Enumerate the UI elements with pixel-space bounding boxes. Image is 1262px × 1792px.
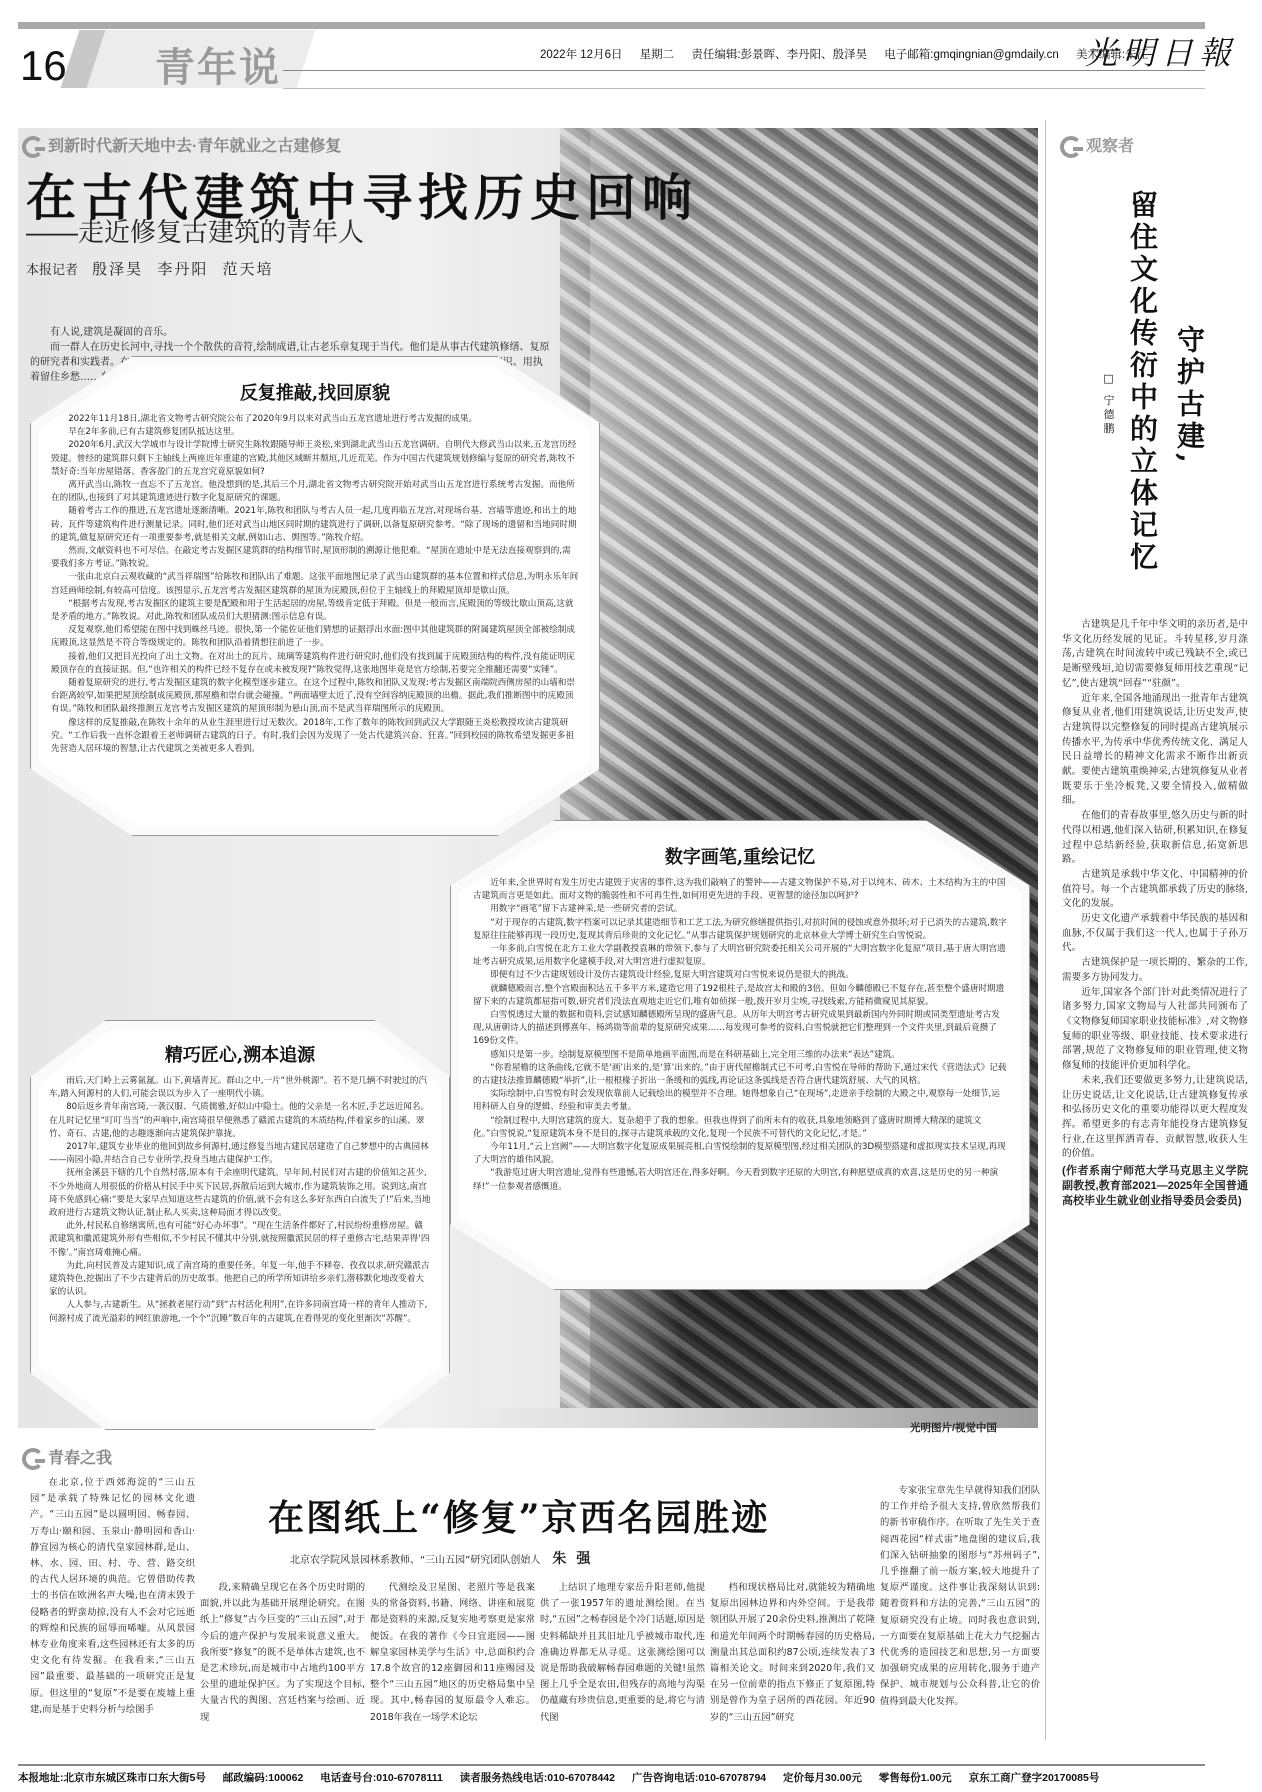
section-body: 近年来,全世界时有发生历史古建毁于灾害的事件,这为我们敲响了的警钟——古建文物保… <box>473 877 1007 1194</box>
footer: 本报地址:北京市东城区珠市口东大街5号 邮政编码:100062 电话查号台:01… <box>18 1770 1113 1785</box>
paragraph: 80后返乡青年南宫琦,一袭汉服、气质儒雅,好似山中隐士。他的父亲是一名木匠,手艺… <box>49 1101 431 1141</box>
paragraph: 档和现状格局比对,就能较为精确地复原出园林边界和内外空间。于是我带领团队开展了2… <box>710 1580 875 1726</box>
footer-phone: 电话查号台:010-67078111 <box>320 1772 443 1784</box>
paragraph: 感知只是第一步。绘制复原模型图不是简单地画平面图,而是在科研基础上,完全用三维的… <box>473 1049 1007 1062</box>
paragraph: “绘制过程中,大明宫建筑的庞大、复杂超乎了我的想象。但我也得到了前所未有的收获,… <box>473 1115 1007 1141</box>
lead-paragraph: 有人说,建筑是凝固的音乐。 <box>30 325 550 340</box>
paragraph: 近年,国家各个部门针对此类情况进行了诸多努力,国家文物局与人社部共同颁布了《文物… <box>1062 986 1248 1074</box>
paragraph: 近年来,全世界时有发生历史古建毁于灾害的事件,这为我们敲响了的警钟——古建文物保… <box>473 877 1007 903</box>
paragraph: 此外,村民私自修缮寓所,也有可能“好心办坏事”。“现在生活条件都好了,村民纷纷重… <box>49 1220 431 1260</box>
email[interactable]: 电子邮箱:gmqingnian@gmdaily.cn <box>884 49 1058 61</box>
masthead-top-bar <box>18 22 1205 29</box>
footer-address: 本报地址:北京市东城区珠市口东大街5号 <box>18 1772 206 1784</box>
masthead-bottom-rule <box>283 88 1205 89</box>
photo-credit: 光明图片/视觉中国 <box>910 1420 997 1435</box>
youth-column-2: 段,来精确呈现它在各个历史时期的面貌,并以此为基础开展理论研究。在图纸上“修复”… <box>200 1580 365 1760</box>
paragraph: 在北京,位于西郊海淀的“三山五园”是承载了特殊记忆的园林文化遗产。“三山五园”是… <box>30 1475 195 1718</box>
editors: 责任编辑:彭景晖、李丹阳、殷泽昊 <box>691 49 867 61</box>
paragraph: 实际绘制中,白雪悦有时会发现依靠前人记载绘出的模型并不合理。她得想象自己“在现场… <box>473 1088 1007 1114</box>
footer-postcode: 邮政编码:100062 <box>223 1772 304 1784</box>
paragraph: 上结识了地理专家岳升阳老师,他提供了一张1957年的遗址测绘图。在当时,“五园”… <box>540 1580 705 1726</box>
section-body: 2022年11月18日,湖北省文物考古研究院公布了2020年9月以来对武当山五龙… <box>51 413 579 756</box>
footer-rule <box>18 1764 1205 1766</box>
g-logo-icon <box>22 136 44 158</box>
paragraph: 专家张宝章先生早就得知我们团队的工作并给予很大支持,曾欣然帮我们的新书审稿作序。… <box>880 1483 1040 1710</box>
g-logo-icon <box>1060 136 1082 158</box>
youth-byline: 北京农学院风景园林系教师、“三山五园”研究团队创始人朱强 <box>290 1548 600 1568</box>
paragraph: 然而,文献资料也不可尽信。在敲定考古发掘区建筑群的结构细节时,屋顶形制的溯源让他… <box>51 545 579 571</box>
paragraph: “你看屋檐的这条曲线,它就不是‘画’出来的,是‘算’出来的。”由于唐代屋檐制式已… <box>473 1062 1007 1088</box>
paragraph: “根据考古发现,考古发掘区的建筑主要是配殿和用于生活起居的房屋,等级肯定低于拜殿… <box>51 598 579 624</box>
footer-monthly-price: 定价每月30.00元 <box>783 1772 862 1784</box>
feature-byline: 本报记者 殷泽昊 李丹阳 范天培 <box>26 258 283 279</box>
paragraph: 用数字“画笔”留下古建神采,是一些研究者的尝试。 <box>473 903 1007 916</box>
byline-text: 北京农学院风景园林系教师、“三山五园”研究团队创始人 <box>290 1555 540 1566</box>
issue-date: 2022年 12月6日 <box>540 49 622 61</box>
g-logo-icon <box>22 1448 44 1470</box>
author-note: (作者系南宁师范大学马克思主义学院副教授,教育部2021—2025年全国普通高校… <box>1062 1164 1248 1209</box>
section-title: 数字画笔,重绘记忆 <box>473 843 1007 869</box>
byline-label: 本报记者 <box>26 263 78 278</box>
section-title: 精巧匠心,溯本追源 <box>49 1041 431 1067</box>
footer-license: 京东工商广登字20170085号 <box>969 1772 1100 1784</box>
newspaper-logo: 光明日報 <box>1085 28 1237 74</box>
observer-body: 古建筑是几千年中华文明的亲历者,是中华文化历经发展的见证。斗转星移,岁月涤荡,古… <box>1062 618 1248 1209</box>
author-mark: □ <box>1102 372 1115 388</box>
paragraph: 雨后,天门岭上云雾氤氲。山下,黄墙青瓦。群山之中,一片“世外桃源”。若不是几辆不… <box>49 1075 431 1101</box>
paragraph: 即便有过不少古建规划设计及仿古建筑设计经验,复原大明宫建筑对白雪悦来说仍是很大的… <box>473 969 1007 982</box>
weekday: 星期二 <box>640 49 675 61</box>
paragraph: “对于现存的古建筑,数字档案可以记录其建造细节和工艺工法,为研究修缮提供指引,对… <box>473 917 1007 943</box>
section-box-craftsmanship: 精巧匠心,溯本追源 雨后,天门岭上云雾氤氲。山下,黄墙青瓦。群山之中,一片“世外… <box>30 1020 450 1430</box>
feature-kicker: 到新时代新天地中去·青年就业之古建修复 <box>22 133 341 158</box>
paragraph: 未来,我们还要做更多努力,让建筑说话,让历史说话,让文化说话,让古建筑修复传承和… <box>1062 1074 1248 1162</box>
paragraph: 在他们的青春故事里,悠久历史与新的时代得以相遇,他们深入钻研,积累知识,在修复过… <box>1062 809 1248 868</box>
paragraph: 随着复原研究的进行,考古发掘区建筑的数字化模型逐步建立。在这个过程中,陈牧和团队… <box>51 677 579 717</box>
youth-kicker: 青春之我 <box>22 1445 112 1470</box>
paragraph: 古建筑是承载中华文化、中国精神的价值符号。每一个古建筑都承载了历史的脉络,文化的… <box>1062 868 1248 912</box>
paragraph: 段,来精确呈现它在各个历史时期的面貌,并以此为基础开展理论研究。在图纸上“修复”… <box>200 1580 365 1726</box>
paragraph: 白雪悦透过大量的数据和资料,尝试感知麟德殿所呈现的盛唐气息。从历年大明宫考古研究… <box>473 1009 1007 1049</box>
author-name: 宁德鹏 <box>1102 395 1115 437</box>
paragraph: 代测绘及卫星图、老照片等是我案头的常备资料,书籍、网络、讲座和展览都是资料的来源… <box>370 1580 535 1726</box>
observer-kicker-text: 观察者 <box>1086 138 1134 155</box>
paragraph: 近年来,全国各地涌现出一批青年古建筑修复从业者,他们用建筑说话,让历史发声,使古… <box>1062 692 1248 810</box>
observer-author: □ 宁德鹏 <box>1100 372 1116 437</box>
section-body: 雨后,天门岭上云雾氤氲。山下,黄墙青瓦。群山之中,一片“世外桃源”。若不是几辆不… <box>49 1075 431 1326</box>
paragraph: “我游览过唐大明宫遗址,觉得有些遗憾,若大明宫还在,得多好啊。今天看到数字还原的… <box>473 1167 1007 1193</box>
column-divider <box>1045 120 1046 1740</box>
paragraph: 接着,他们又把目光投向了出土文物。在对出土的瓦片、琉璃等建筑构件进行研究时,他们… <box>51 651 579 677</box>
author-name: 殷泽昊 <box>92 260 143 278</box>
youth-column-1: 在北京,位于西郊海淀的“三山五园”是承载了特殊记忆的园林文化遗产。“三山五园”是… <box>30 1475 195 1755</box>
paragraph: 为此,向村民普及古建知识,成了南宫琦的重要任务。年复一年,他手不释卷、孜孜以求,… <box>49 1260 431 1300</box>
author-name: 范天培 <box>222 260 273 278</box>
paragraph: 像这样的反复推敲,在陈牧十余年的从业生涯里进行过无数次。2018年,工作了数年的… <box>51 717 579 757</box>
paragraph: 早在2年多前,已有古建筑修复团队抵达这里。 <box>51 426 579 439</box>
paragraph: 2020年6月,武汉大学城市与设计学院博士研究生陈牧跟随导师王炎松,来到湖北武当… <box>51 439 579 479</box>
section-title: 反复推敲,找回原貌 <box>51 379 579 405</box>
youth-column-5: 档和现状格局比对,就能较为精确地复原出园林边界和内外空间。于是我带领团队开展了2… <box>710 1580 875 1760</box>
paragraph: 历史文化遗产承载着中华民族的基因和血脉,不仅属于我们这一代人,也属于子孙万代。 <box>1062 912 1248 956</box>
author-name: 朱强 <box>552 1551 600 1567</box>
observer-title-line2: 留住文化传衍中的立体记忆 <box>1125 190 1159 574</box>
paragraph: 2017年,建筑专业毕业的他回到故乡何源村,通过修复当地古建民居建造了自己梦想中… <box>49 1141 431 1167</box>
youth-column-6: 专家张宝章先生早就得知我们团队的工作并给予很大支持,曾欣然帮我们的新书审稿作序。… <box>880 1483 1040 1760</box>
paragraph: 随着考古工作的推进,五龙宫遗址逐渐清晰。2021年,陈牧和团队与考古人员一起,几… <box>51 505 579 545</box>
author-name: 李丹阳 <box>157 260 208 278</box>
section-box-restoration: 反复推敲,找回原貌 2022年11月18日,湖北省文物考古研究院公布了2020年… <box>30 356 600 836</box>
paragraph: 人人参与,古建新生。从“拯救老屋行动”到“古村活化利用”,在许多同南宫琦一样的青… <box>49 1299 431 1325</box>
youth-column-4: 上结识了地理专家岳升阳老师,他提供了一张1957年的遗址测绘图。在当时,“五园”… <box>540 1580 705 1760</box>
page-number: 16 <box>20 42 67 90</box>
paragraph: 抚州金溪县下辖的几个自然村落,原本有千余座明代建筑。早年间,村民们对古建的价值知… <box>49 1167 431 1220</box>
feature-kicker-text: 到新时代新天地中去·青年就业之古建修复 <box>48 138 341 155</box>
paragraph: 反复观察,他们希望能在图中找到蛛丝马迹。很快,第一个能佐证他们猜想的证据浮出水面… <box>51 624 579 650</box>
section-box-digital: 数字画笔,重绘记忆 近年来,全世界时有发生历史古建毁于灾害的事件,这为我们敲响了… <box>450 820 1030 1290</box>
paragraph: 就麟德殿而言,整个宫殿面积达五千多平方米,建造它用了192根柱子,是故宫太和殿的… <box>473 983 1007 1009</box>
youth-kicker-text: 青春之我 <box>48 1450 112 1467</box>
paragraph: 古建筑是几千年中华文明的亲历者,是中华文化历经发展的见证。斗转星移,岁月涤荡,古… <box>1062 618 1248 692</box>
footer-ad-hotline: 广告咨询电话:010-67078794 <box>632 1772 766 1784</box>
paragraph: 2022年11月18日,湖北省文物考古研究院公布了2020年9月以来对武当山五龙… <box>51 413 579 426</box>
footer-retail-price: 零售每份1.00元 <box>879 1772 952 1784</box>
paragraph: 一张由北京白云观收藏的“武当祥瑞图”给陈牧和团队出了难题。这张平面地图记录了武当… <box>51 571 579 597</box>
masthead-rule <box>283 70 1205 71</box>
paragraph: 离开武当山,陈牧一直忘不了五龙宫。他没想到的是,其后三个月,湖北省文物考古研究院… <box>51 479 579 505</box>
paragraph: 今年11月,“云上宫阙”——大明宫数字化复原成果展亮相,白雪悦绘制的复原模型图,… <box>473 1141 1007 1167</box>
section-title: 青年说 <box>155 36 281 93</box>
feature-subhead: ——走近修复古建筑的青年人 <box>26 212 364 249</box>
youth-title: 在图纸上“修复”京西名园胜迹 <box>268 1490 769 1541</box>
footer-reader-hotline: 读者服务热线电话:010-67078442 <box>460 1772 615 1784</box>
observer-title-line1: 守护古建, <box>1172 325 1206 467</box>
observer-kicker: 观察者 <box>1060 133 1134 158</box>
paragraph: 一年多前,白雪悦在北方工业大学副教授袁琳的带领下,参与了大明宫研究院委托相关公司… <box>473 943 1007 969</box>
masthead-meta: 2022年 12月6日 星期二 责任编辑:彭景晖、李丹阳、殷泽昊 电子邮箱:gm… <box>540 46 1162 62</box>
paragraph: 古建筑保护是一项长期的、繁杂的工作,需要多方协同发力。 <box>1062 956 1248 985</box>
youth-column-3: 代测绘及卫星图、老照片等是我案头的常备资料,书籍、网络、讲座和展览都是资料的来源… <box>370 1580 535 1760</box>
